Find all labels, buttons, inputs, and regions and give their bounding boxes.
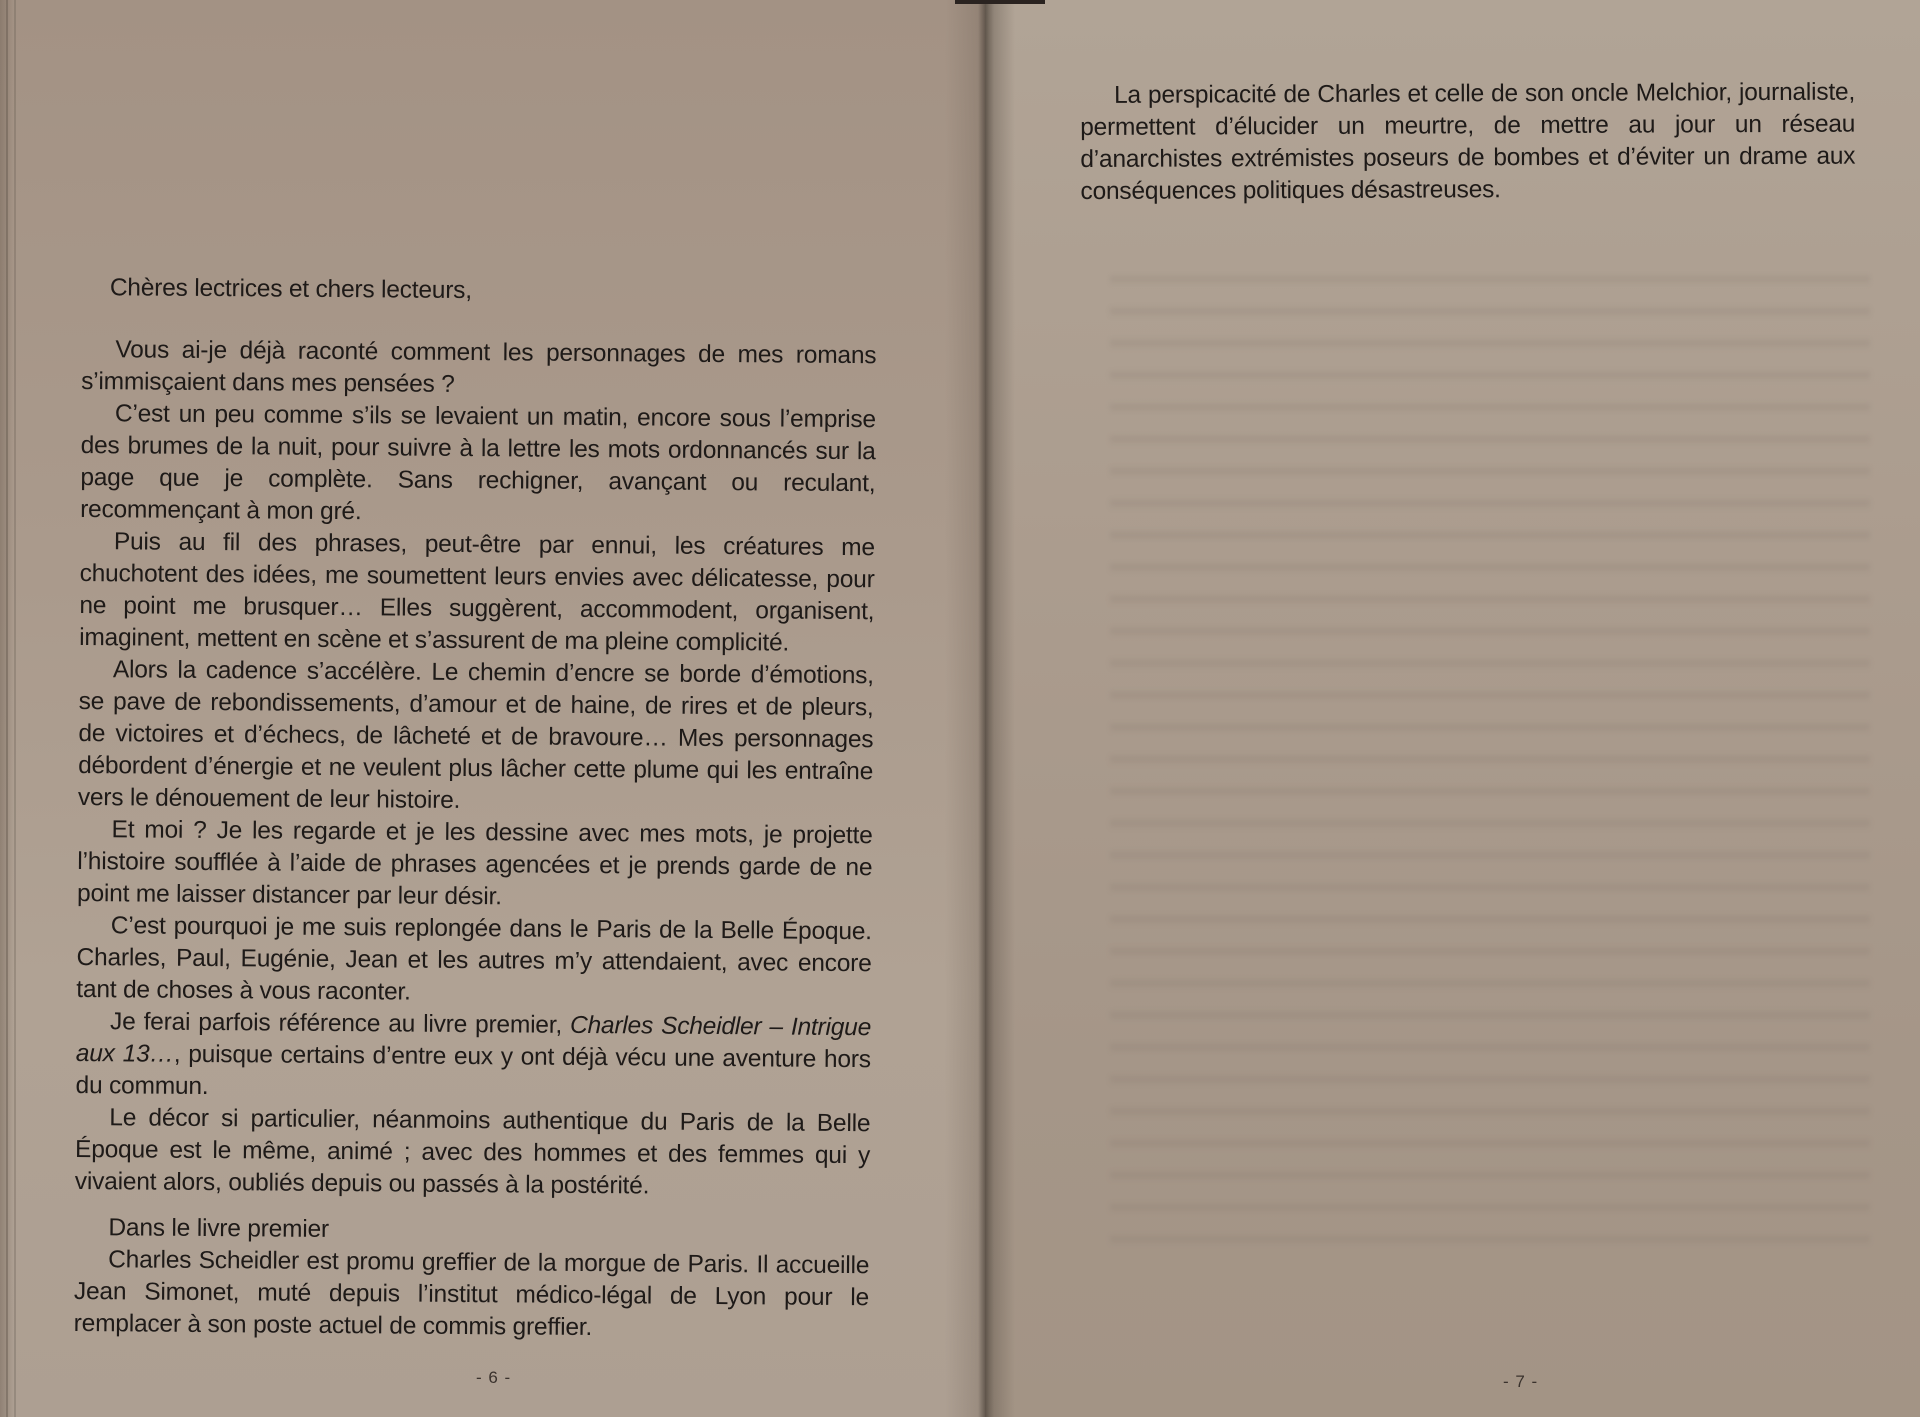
- left-page-body: Chères lectrices et chers lecteurs, Vous…: [74, 272, 877, 1346]
- left-page: Chères lectrices et chers lecteurs, Vous…: [0, 0, 985, 1417]
- right-page-body: La perspicacité de Charles et celle de s…: [1080, 77, 1856, 208]
- paragraph-4: Alors la cadence s’accélère. Le chemin d…: [78, 654, 874, 820]
- book-gutter: [978, 0, 994, 1417]
- paragraph-3: Puis au fil des phrases, peut-être par e…: [79, 526, 875, 660]
- reference-text-before: Je ferai parfois référence au livre prem…: [110, 1008, 570, 1039]
- paragraph-2: C’est un peu comme s’ils se levaient un …: [80, 398, 876, 532]
- book-top-edge: [955, 0, 1045, 4]
- page-number-right: - 7 -: [1503, 1372, 1538, 1392]
- open-book-spread: Chères lectrices et chers lecteurs, Vous…: [0, 0, 1920, 1417]
- reference-paragraph: Je ferai parfois référence au livre prem…: [75, 1006, 871, 1108]
- paragraph-1: Vous ai-je déjà raconté comment les pers…: [81, 334, 876, 404]
- reference-text-after: , puisque certains d’entre eux y ont déj…: [76, 1041, 871, 1100]
- right-paragraph: La perspicacité de Charles et celle de s…: [1080, 77, 1856, 208]
- salutation: Chères lectrices et chers lecteurs,: [110, 272, 877, 310]
- paragraph-6: C’est pourquoi je me suis replongée dans…: [76, 910, 872, 1012]
- decor-paragraph: Le décor si particulier, néanmoins authe…: [75, 1102, 871, 1204]
- paragraph-5: Et moi ? Je les regarde et je les dessin…: [77, 814, 873, 916]
- summary-paragraph: Charles Scheidler est promu greffier de …: [74, 1244, 870, 1346]
- page-number-left: - 6 -: [476, 1368, 511, 1388]
- show-through-texture: [1110, 260, 1870, 1260]
